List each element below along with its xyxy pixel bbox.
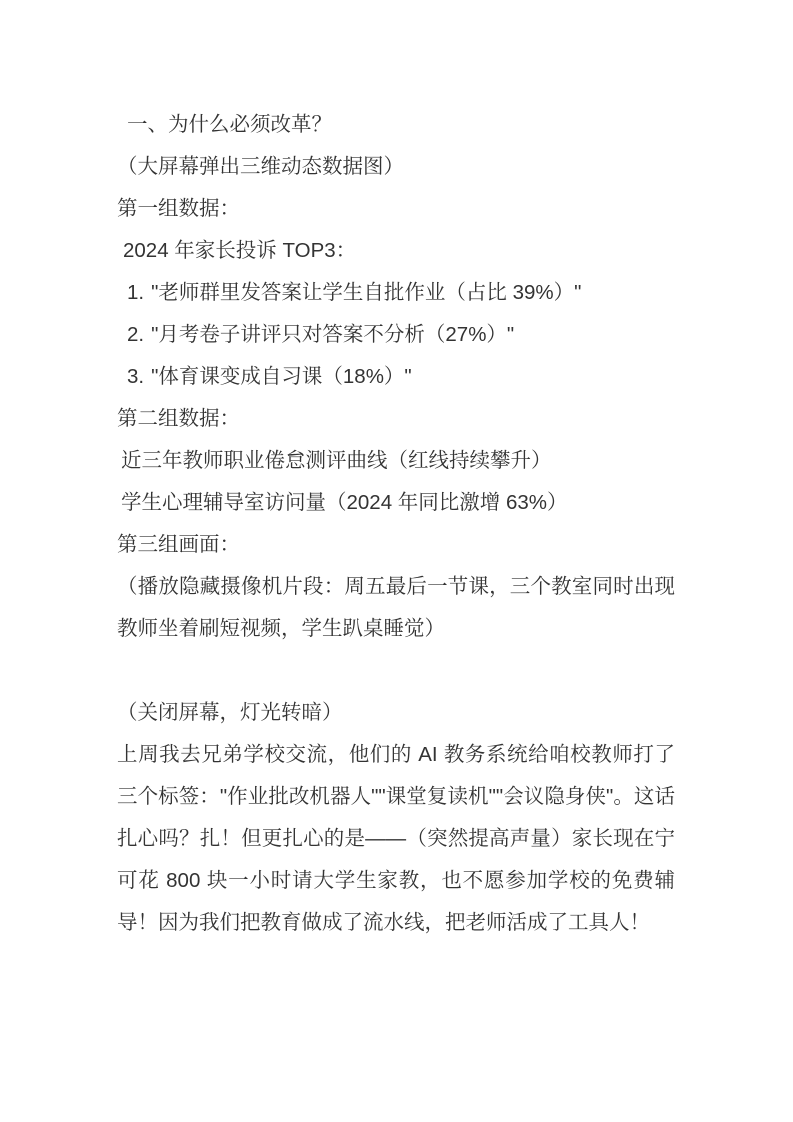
stage-direction-screen-off: （关闭屏幕，灯光转暗）	[117, 692, 675, 734]
complaint-item-2: 2."月考卷子讲评只对答案不分析（27%）"	[117, 314, 675, 356]
stage-direction-screen-on: （大屏幕弹出三维动态数据图）	[117, 146, 675, 188]
group2-data-line-2: 学生心理辅导室访问量（2024 年同比激增 63%）	[117, 482, 675, 524]
complaint-item-2-number: 2.	[127, 323, 144, 346]
speech-paragraph: 上周我去兄弟学校交流，他们的 AI 教务系统给咱校教师打了三个标签："作业批改机…	[117, 734, 675, 944]
blank-line	[117, 650, 675, 692]
section-heading: 一、为什么必须改革？	[117, 104, 675, 146]
complaint-item-3-text: "体育课变成自习课（18%）"	[151, 365, 412, 388]
complaint-item-3-number: 3.	[127, 365, 144, 388]
group1-label: 第一组数据：	[117, 188, 675, 230]
complaint-item-1-number: 1.	[127, 281, 144, 304]
document-content: 一、为什么必须改革？ （大屏幕弹出三维动态数据图） 第一组数据： 2024 年家…	[117, 104, 675, 944]
document-page: 一、为什么必须改革？ （大屏幕弹出三维动态数据图） 第一组数据： 2024 年家…	[0, 0, 793, 1122]
complaint-item-2-text: "月考卷子讲评只对答案不分析（27%）"	[151, 323, 514, 346]
complaint-item-3: 3."体育课变成自习课（18%）"	[117, 356, 675, 398]
group1-title: 2024 年家长投诉 TOP3：	[117, 230, 675, 272]
group2-data-line-1: 近三年教师职业倦怠测评曲线（红线持续攀升）	[117, 440, 675, 482]
group3-stage-note: （播放隐藏摄像机片段：周五最后一节课，三个教室同时出现教师坐着刷短视频，学生趴桌…	[117, 566, 675, 650]
group3-label: 第三组画面：	[117, 524, 675, 566]
complaint-item-1: 1."老师群里发答案让学生自批作业（占比 39%）"	[117, 272, 675, 314]
complaint-item-1-text: "老师群里发答案让学生自批作业（占比 39%）"	[151, 281, 581, 304]
group2-label: 第二组数据：	[117, 398, 675, 440]
